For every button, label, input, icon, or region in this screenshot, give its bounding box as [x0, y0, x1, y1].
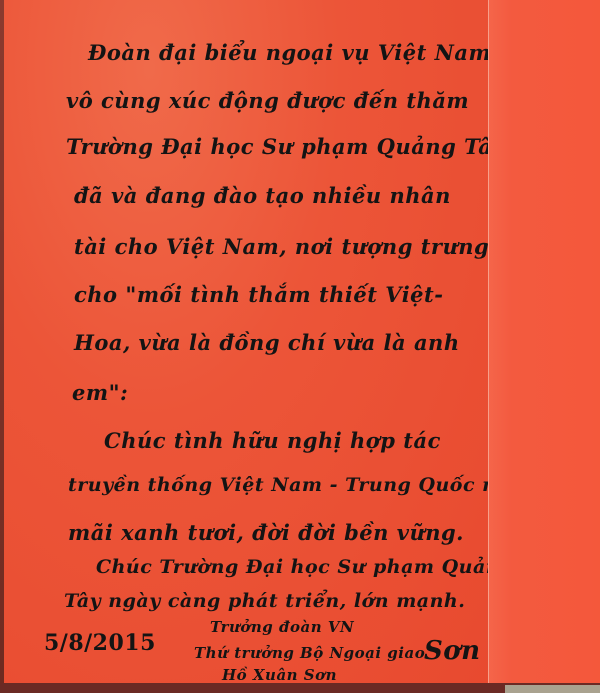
signature-title-1: Trưởng đoàn VN	[210, 618, 354, 636]
date: 5/8/2015	[44, 630, 156, 656]
note-line-1: Đoàn đại biểu ngoại vụ Việt Nam	[88, 40, 491, 65]
signature-scrawl: Sơn	[424, 636, 481, 666]
signature-name: Hồ Xuân Sơn	[222, 666, 337, 684]
guestbook-page: Đoàn đại biểu ngoại vụ Việt Nam vô cùng …	[4, 0, 488, 685]
note-line-8: em":	[72, 380, 128, 405]
note-line-12: Chúc Trường Đại học Sư phạm Quảng	[96, 556, 514, 578]
note-line-3: Trường Đại học Sư phạm Quảng Tây, nơi	[66, 134, 557, 159]
note-line-13: Tây ngày càng phát triển, lớn mạnh.	[64, 590, 465, 612]
note-line-6: cho "mối tình thắm thiết Việt-	[74, 282, 443, 307]
note-line-2: vô cùng xúc động được đến thăm	[66, 88, 469, 113]
note-line-5: tài cho Việt Nam, nơi tượng trưng	[74, 234, 489, 259]
signature-title-2: Thứ trưởng Bộ Ngoại giao	[194, 644, 425, 662]
note-line-9: Chúc tình hữu nghị hợp tác	[104, 428, 441, 453]
note-line-7: Hoa, vừa là đồng chí vừa là anh	[74, 330, 460, 355]
cover-flap	[488, 0, 600, 683]
note-line-10: truyền thống Việt Nam - Trung Quốc mãi	[68, 474, 523, 496]
note-line-4: đã và đang đào tạo nhiều nhân	[74, 183, 451, 208]
book-bottom-edge	[0, 683, 600, 693]
note-line-11: mãi xanh tươi, đời đời bền vững.	[68, 520, 464, 545]
